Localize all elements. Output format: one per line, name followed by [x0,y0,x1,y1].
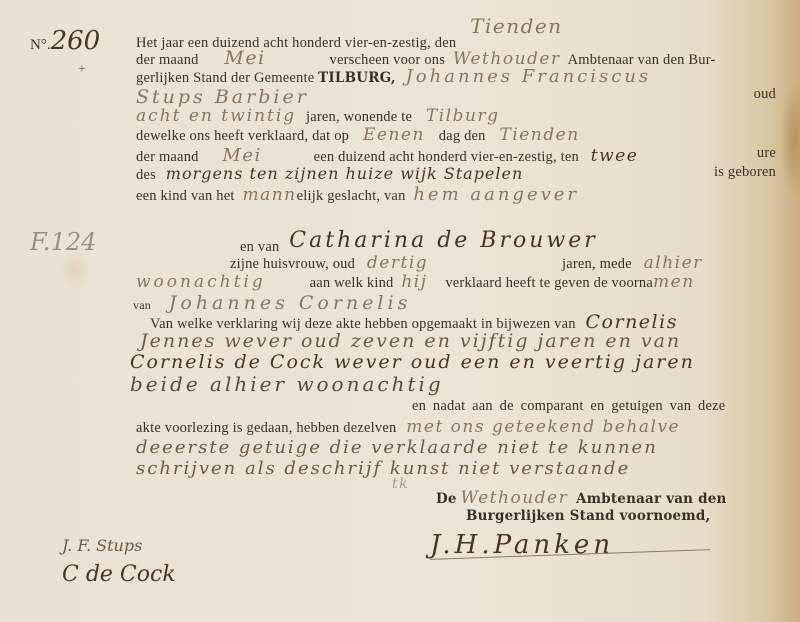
printed-text: jaren, wonende te [306,109,412,125]
birth-certificate-page: N°.260 + F.124 Het jaar een duizend acht… [0,0,800,622]
handwritten-father: hem aangever [413,184,579,205]
handwritten-declarant-surname: Stups Barbier [136,86,309,108]
handwritten-declarant-name: Johannes Franciscus [406,66,652,87]
handwritten-birth-month: Mei [222,145,261,166]
printed-text: oud [754,86,776,103]
municipality-name: TILBURG, [318,70,396,86]
printed-text: Ambtenaar van den [576,491,727,507]
handwritten-mother-residence: alhier [644,253,703,273]
text-line-12: woonachtig aan welk kind hij verklaard h… [136,272,695,292]
printed-text: aan welk kind [310,275,394,291]
text-line-15: Jennes wever oud zeven en vijftig jaren … [140,330,681,352]
printed-text: ure [757,145,776,162]
text-line-8: des morgens ten zijnen huize wijk Stapel… [136,164,776,184]
handwritten-declarant-age: acht en twintig [136,106,296,126]
handwritten-day: Tienden [470,14,562,38]
witness-signature: C de Cock [62,562,176,587]
printed-text: der maand [136,149,199,165]
text-line-18: en nadat aan de comparant en getuigen va… [412,398,725,415]
text-line-4: Stups Barbier oud [136,86,776,108]
printed-text: des [136,167,156,183]
printed-text: en nadat aan de comparant en getuigen va… [412,398,725,414]
text-line-6: dewelke ons heeft verklaard, dat op Eene… [136,125,580,145]
printed-text: een duizend acht honderd vier-en-zestig,… [314,149,579,165]
handwritten-birth-place: morgens ten zijnen huize wijk Stapelen [166,164,524,183]
printed-text: verklaard heeft te geven de voorna [445,275,653,291]
declarant-signature: J. F. Stups [62,536,142,555]
handwritten-text: met ons geteekend behalve [406,417,680,437]
text-line-5: acht en twintig jaren, wonende te Tilbur… [136,106,499,126]
printed-text: De [436,491,457,507]
printed-text: zijne huisvrouw, oud [230,256,355,272]
text-line-7: der maand Mei een duizend acht honderd v… [136,145,776,166]
paper-stain [60,250,90,290]
text-line-20: deeerste getuige die verklaarde niet te … [136,437,658,458]
approval-mark: tk [392,476,409,492]
margin-mark: + [78,62,86,78]
text-line-11: zijne huisvrouw, oud dertig jaren, mede … [230,253,703,273]
text-line-9: een kind van het mannelijk geslacht, van… [136,184,579,205]
handwritten-birth-hour: twee [591,146,639,166]
printed-text: akte voorlezing is gedaan, hebben dezelv… [136,420,396,436]
handwritten-sex: mann [242,185,296,205]
handwritten-mother-age: dertig [367,253,428,273]
text-line-3: gerlijken Stand der Gemeente TILBURG, Jo… [136,66,651,87]
text-line-21: schrijven als deschrijf kunst niet verst… [136,458,630,479]
printed-text: jaren, mede [562,256,632,272]
closing-line-2: Burgerlijken Stand voornoemd, [466,508,710,524]
text-line-16: Cornelis de Cock wever oud een en veerti… [130,351,695,373]
printed-text: een kind van het [136,188,235,204]
handwritten-mother-name: Catharina de Brouwer [289,228,597,253]
number-value: 260 [51,26,101,56]
printed-text: elijk geslacht, van [297,188,406,204]
text-line-17: beide alhier woonachtig [130,372,444,396]
handwritten-official-title: Wethouder [461,488,569,508]
handwritten-residence: Tilburg [426,106,500,126]
closing-line-1: De Wethouder Ambtenaar van den [436,488,727,508]
certificate-number: N°.260 [30,26,100,56]
printed-text: is geboren [714,164,776,181]
handwritten-birth-date: Tienden [499,125,579,145]
handwritten-text: hij [401,272,427,292]
handwritten-text: men [653,272,695,292]
printed-text: dewelke ons heeft verklaard, dat op [136,128,349,144]
paper-edge-stain [780,80,800,200]
margin-reference: F.124 [30,228,96,256]
printed-text: dag den [439,128,486,144]
text-line-19: akte voorlezing is gedaan, hebben dezelv… [136,417,680,437]
printed-text: gerlijken Stand der Gemeente [136,70,314,86]
handwritten-birth-day: Eenen [363,125,425,145]
handwritten-text: woonachtig [136,272,266,292]
printed-text: van [133,298,151,312]
number-prefix: N°. [30,37,51,53]
